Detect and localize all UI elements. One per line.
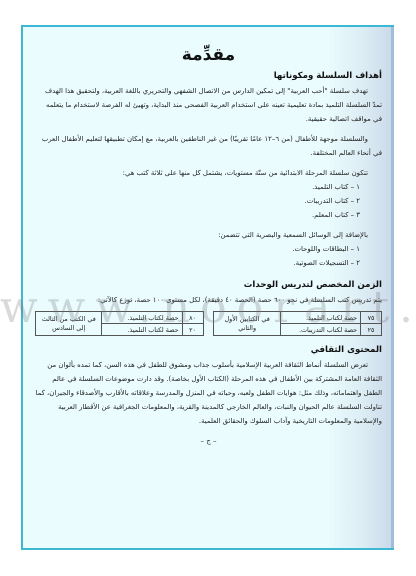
allocation-table: ٧٥ حصة لكتاب التلميذ. في الكتابين الأول …: [35, 311, 382, 336]
aids-list-item: ١ – البطاقات واللوحات.: [35, 242, 382, 256]
table-cell-text: حصة لكتاب التلميذ.: [102, 312, 182, 324]
section-heading-time: الزمن المخصص لتدريس الوحدات: [35, 280, 382, 290]
books-list-item: ١ – كتاب التلميذ.: [35, 180, 382, 194]
table-row: ٧٥ حصة لكتاب التلميذ. في الكتابين الأول …: [36, 312, 382, 324]
section-heading-culture: المحتوى الثقافي: [35, 345, 382, 355]
books-list-item: ٢ – كتاب التدريبات.: [35, 194, 382, 208]
table-cell-num: ٢٠: [182, 324, 203, 336]
table-cell-group-b: في الكتب من الثالث إلى السادس: [36, 312, 102, 336]
table-cell-num: ٧٥: [361, 312, 382, 324]
table-cell-text: حصة لكتاب التدريبات.: [280, 324, 360, 336]
goals-paragraph-2: والسلسلة موجهة للأطفال (من ٦–١٢ عامًا تق…: [35, 132, 382, 160]
table-cell-group-a: في الكتابين الأول والثاني: [214, 312, 280, 336]
aids-list-item: ٢ – التسجيلات الصوتية.: [35, 256, 382, 270]
table-cell-num: ٢٥: [361, 324, 382, 336]
page-number: – ج –: [35, 437, 382, 445]
time-paragraph: يتم تدريس كتب السلسلة في نحو ٦٠٠ حصة (ال…: [35, 293, 382, 307]
table-cell-text: حصة لكتاب التلميذ.: [102, 324, 182, 336]
page-content: مقدِّمة أهداف السلسلة ومكوناتها تهدف سلس…: [35, 27, 382, 548]
goals-paragraph-3: تتكون سلسلة المرحلة الابتدائية من ستّة م…: [35, 166, 382, 180]
culture-paragraph: تعرض السلسلة أنماط الثقافة العربية الإسل…: [35, 358, 382, 428]
goals-paragraph-1: تهدف سلسلة "أحب العربية" إلى تمكين الدار…: [35, 84, 382, 126]
page-title: مقدِّمة: [35, 45, 382, 65]
document-page: مقدِّمة أهداف السلسلة ومكوناتها تهدف سلس…: [21, 25, 394, 550]
books-list-item: ٣ – كتاب المعلم.: [35, 208, 382, 222]
table-cell-text: حصة لكتاب التلميذ.: [280, 312, 360, 324]
table-cell-num: ٨٠: [182, 312, 203, 324]
section-heading-goals: أهداف السلسلة ومكوناتها: [35, 71, 382, 81]
goals-paragraph-4: بالإضافة إلى الوسائل السمعية والبصرية ال…: [35, 228, 382, 242]
